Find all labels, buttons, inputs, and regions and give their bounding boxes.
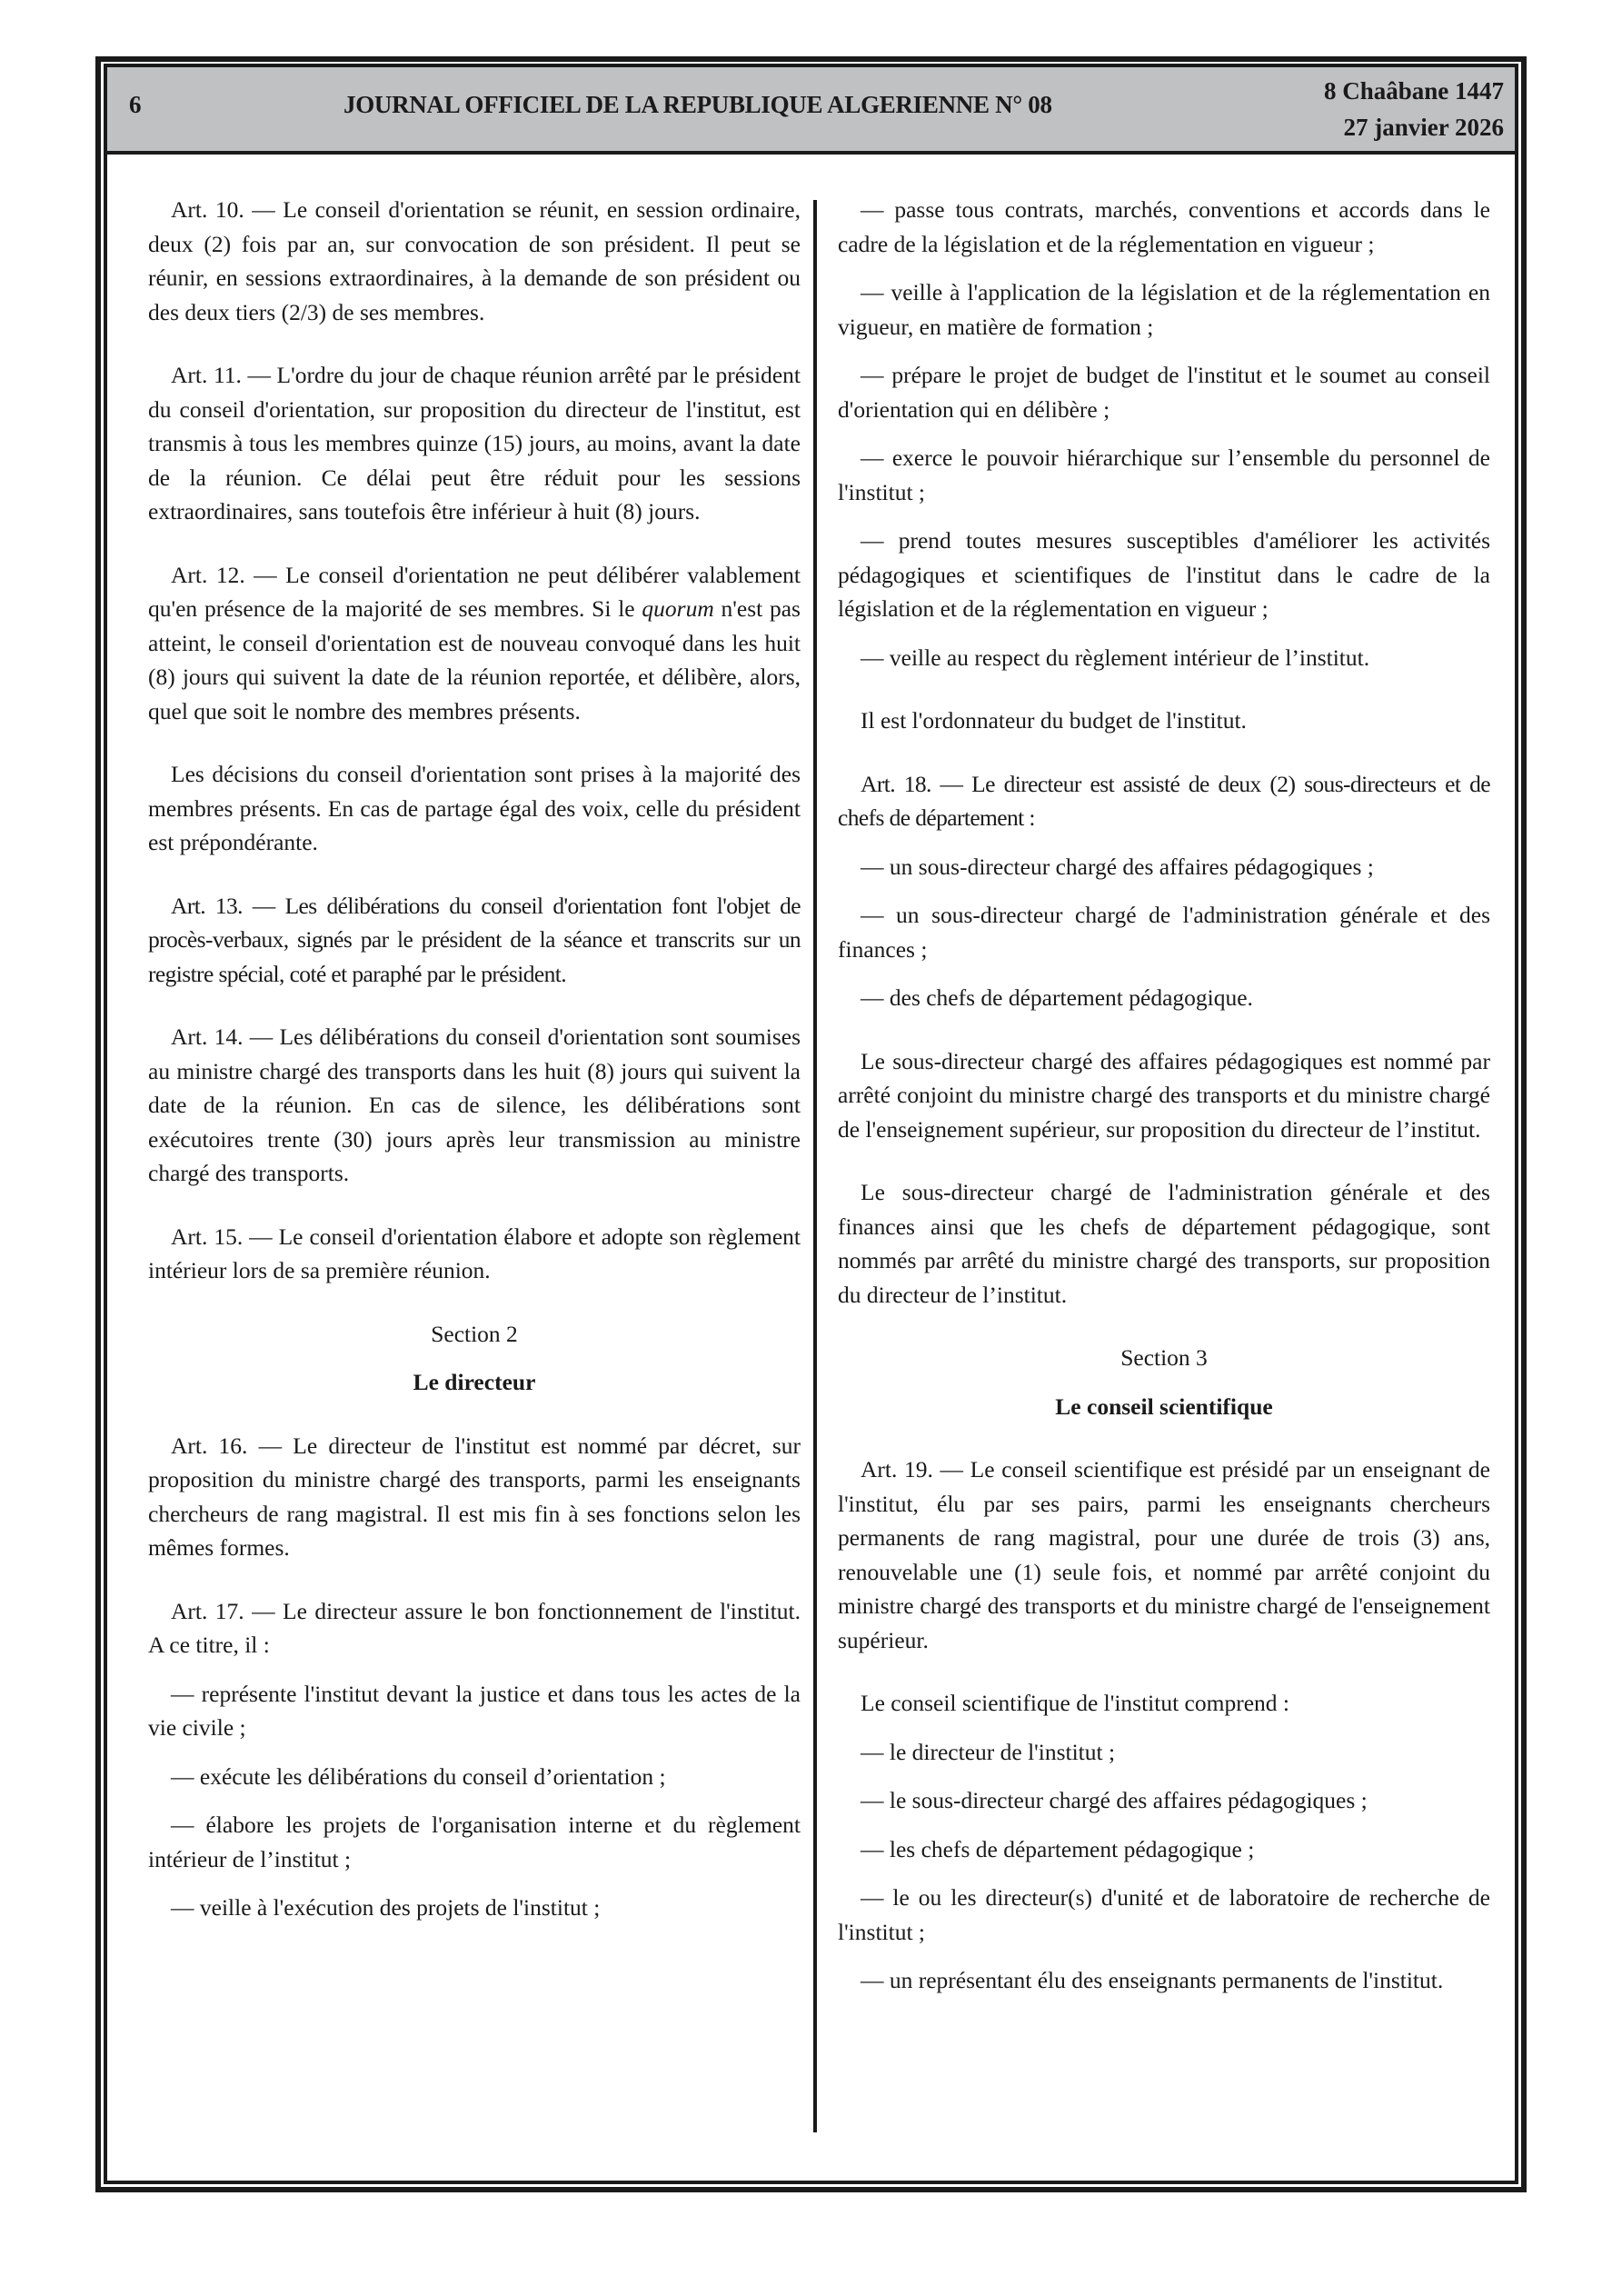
article-11: Art. 11. — L'ordre du jour de chaque réu… [148,358,801,529]
left-column: Art. 10. — Le conseil d'orientation se r… [148,193,801,1925]
article-12: Art. 12. — Le conseil d'orientation ne p… [148,558,801,729]
article-18-paragraph-3: Le sous-directeur chargé de l'administra… [838,1175,1490,1312]
article-15: Art. 15. — Le conseil d'orientation élab… [148,1220,801,1288]
article-14: Art. 14. — Les délibérations du conseil … [148,1020,801,1191]
right-column: — passe tous contrats, marchés, conventi… [838,193,1490,1998]
article-17-item: — prend toutes mesures susceptibles d'am… [838,524,1490,626]
article-17-item: — exerce le pouvoir hiérarchique sur l’e… [838,441,1490,509]
section-3-title: Le conseil scientifique [838,1390,1490,1424]
section-2-title: Le directeur [148,1365,801,1400]
article-18-item: — un sous-directeur chargé des affaires … [838,850,1490,884]
article-19: Art. 19. — Le conseil scientifique est p… [838,1452,1490,1657]
quorum-term: quorum [642,595,713,622]
article-17-item: — prépare le projet de budget de l'insti… [838,358,1490,426]
article-17-closing: Il est l'ordonnateur du budget de l'inst… [838,704,1490,738]
article-17-item: — veille à l'application de la législati… [838,275,1490,344]
section-2-label: Section 2 [148,1317,801,1352]
issue-date: 8 Chaâbane 1447 27 janvier 2026 [1324,73,1504,145]
article-19-item: — le sous-directeur chargé des affaires … [838,1783,1490,1818]
article-17-item: — élabore les projets de l'organisation … [148,1808,801,1876]
article-17-item: — passe tous contrats, marchés, conventi… [838,193,1490,261]
article-17-item: — exécute les délibérations du conseil d… [148,1760,801,1794]
article-17-intro: Art. 17. — Le directeur assure le bon fo… [148,1594,801,1662]
article-18-item: — des chefs de département pédagogique. [838,981,1490,1015]
article-18-paragraph-2: Le sous-directeur chargé des affaires pé… [838,1044,1490,1147]
article-17-item: — représente l'institut devant la justic… [148,1677,801,1745]
article-17-item: — veille à l'exécution des projets de l'… [148,1891,801,1925]
column-divider [813,200,817,2132]
article-12-paragraph-2: Les décisions du conseil d'orientation s… [148,757,801,860]
date-hijri: 8 Chaâbane 1447 [1324,73,1504,109]
article-10: Art. 10. — Le conseil d'orientation se r… [148,193,801,329]
article-18-intro: Art. 18. — Le directeur est assisté de d… [838,767,1490,835]
journal-title: JOURNAL OFFICIEL DE LA REPUBLIQUE ALGERI… [343,91,1052,119]
article-19-item: — le ou les directeur(s) d'unité et de l… [838,1881,1490,1949]
article-18-item: — un sous-directeur chargé de l'administ… [838,898,1490,966]
article-16: Art. 16. — Le directeur de l'institut es… [148,1429,801,1565]
article-17-item: — veille au respect du règlement intérie… [838,641,1490,675]
page-number: 6 [129,91,142,119]
article-13: Art. 13. — Les délibérations du conseil … [148,889,801,992]
article-19-paragraph-2: Le conseil scientifique de l'institut co… [838,1686,1490,1721]
article-19-item: — un représentant élu des enseignants pe… [838,1963,1490,1998]
page-header: 6 JOURNAL OFFICIEL DE LA REPUBLIQUE ALGE… [107,67,1515,155]
article-19-item: — les chefs de département pédagogique ; [838,1832,1490,1867]
section-3-label: Section 3 [838,1341,1490,1375]
article-19-item: — le directeur de l'institut ; [838,1735,1490,1770]
date-gregorian: 27 janvier 2026 [1324,109,1504,145]
